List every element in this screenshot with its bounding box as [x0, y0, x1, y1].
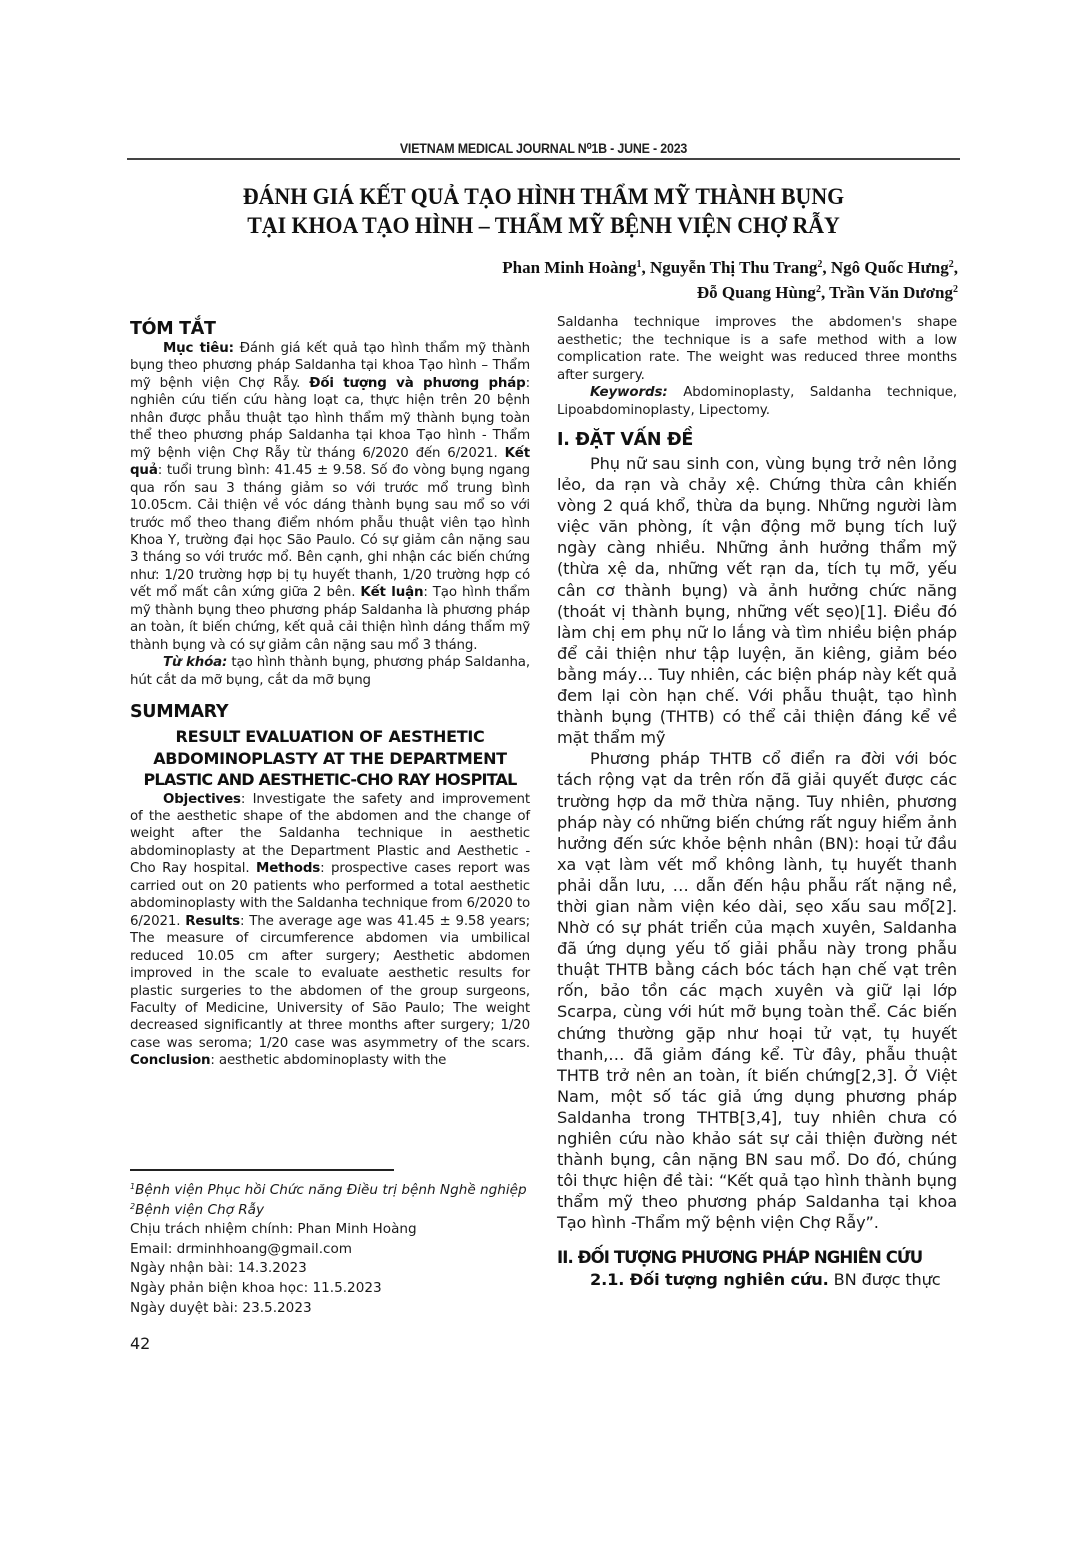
objective-label: Mục tiêu: — [163, 341, 234, 356]
objectives-label: Objectives — [163, 792, 241, 807]
conclusion-en-text: : aesthetic abdominoplasty with the — [210, 1053, 446, 1068]
section-2-heading: II. ĐỐI TƯỢNG PHƯƠNG PHÁP NGHIÊN CỨU — [557, 1247, 957, 1269]
results-en-label: Results — [185, 914, 240, 929]
author-separator: , — [954, 258, 958, 277]
summary-title-line: RESULT EVALUATION OF AESTHETIC — [130, 726, 530, 748]
methods-label: Đối tượng và phương pháp — [309, 376, 525, 391]
author-separator: , — [822, 258, 831, 277]
subsection-label: 2.1. Đối tượng nghiên cứu. — [590, 1270, 829, 1289]
abstract-vi-heading: TÓM TẮT — [130, 318, 530, 340]
corresponding-author: Chịu trách nhiệm chính: Phan Minh Hoàng — [130, 1220, 530, 1240]
section-2-1: 2.1. Đối tượng nghiên cứu. BN được thực — [557, 1269, 957, 1290]
summary-heading: SUMMARY — [130, 701, 530, 723]
subsection-text: BN được thực — [829, 1270, 941, 1289]
keywords-en-label: Keywords: — [590, 385, 668, 400]
keywords-en: Keywords: Abdominoplasty, Saldanha techn… — [557, 384, 957, 419]
journal-page: VIETNAM MEDICAL JOURNAL N⁰1B - JUNE - 20… — [0, 0, 1090, 1541]
keywords-vi-label: Từ khóa: — [163, 655, 227, 670]
footnote-rule — [130, 1169, 394, 1171]
footnotes: 1Bệnh viện Phục hồi Chức năng Điều trị b… — [130, 1181, 530, 1318]
abstract-en-continued: Saldanha technique improves the abdomen'… — [557, 314, 957, 384]
date-accepted: Ngày duyệt bài: 23.5.2023 — [130, 1299, 530, 1319]
author-line-1: Phan Minh Hoàng1, Nguyễn Thị Thu Trang2,… — [502, 255, 958, 280]
author-name: Trần Văn Dương — [829, 283, 953, 302]
page-number: 42 — [130, 1334, 150, 1353]
header-rule — [127, 158, 960, 160]
left-column: TÓM TẮT Mục tiêu: Đánh giá kết quả tạo h… — [130, 318, 530, 1070]
date-reviewed: Ngày phản biện khoa học: 11.5.2023 — [130, 1279, 530, 1299]
article-title: ĐÁNH GIÁ KẾT QUẢ TẠO HÌNH THẨM MỸ THÀNH … — [156, 183, 931, 241]
abstract-en-body: Objectives: Investigate the safety and i… — [130, 791, 530, 1070]
abstract-vi-body: Mục tiêu: Đánh giá kết quả tạo hình thẩm… — [130, 340, 530, 654]
section-1-paragraph-2: Phương pháp THTB cổ điển ra đời với bóc … — [557, 748, 957, 1233]
author-line-2: Đỗ Quang Hùng2, Trần Văn Dương2 — [502, 280, 958, 305]
affiliation-text: Bệnh viện Phục hồi Chức năng Điều trị bệ… — [135, 1182, 527, 1198]
author-separator: , — [821, 283, 829, 302]
methods-en-label: Methods — [256, 861, 320, 876]
author-separator: , — [641, 258, 650, 277]
summary-title-line: PLASTIC AND AESTHETIC-CHO RAY HOSPITAL — [130, 769, 530, 791]
affiliation-text: Bệnh viện Chợ Rẫy — [135, 1202, 264, 1218]
author-list: Phan Minh Hoàng1, Nguyễn Thị Thu Trang2,… — [502, 255, 958, 305]
affiliation-mark: 2 — [953, 284, 958, 295]
author-name: Phan Minh Hoàng — [502, 258, 636, 277]
affiliation-2: 2Bệnh viện Chợ Rẫy — [130, 1201, 530, 1221]
author-name: Đỗ Quang Hùng — [697, 283, 816, 302]
section-1-paragraph-1: Phụ nữ sau sinh con, vùng bụng trở nên l… — [557, 453, 957, 748]
affiliation-1: 1Bệnh viện Phục hồi Chức năng Điều trị b… — [130, 1181, 530, 1201]
right-column: Saldanha technique improves the abdomen'… — [557, 314, 957, 1291]
date-received: Ngày nhận bài: 14.3.2023 — [130, 1259, 530, 1279]
email: Email: drminhhoang@gmail.com — [130, 1240, 530, 1260]
section-1-heading: I. ĐẶT VẤN ĐỀ — [557, 429, 957, 451]
results-text: : tuổi trung bình: 41.45 ± 9.58. Số đo v… — [130, 463, 530, 600]
results-en-text: : The average age was 41.45 ± 9.58 years… — [130, 914, 530, 1051]
title-line-2: TẠI KHOA TẠO HÌNH – THẨM MỸ BỆNH VIỆN CH… — [156, 212, 931, 241]
author-name: Nguyễn Thị Thu Trang — [650, 258, 817, 277]
title-line-1: ĐÁNH GIÁ KẾT QUẢ TẠO HÌNH THẨM MỸ THÀNH … — [156, 183, 931, 212]
running-header: VIETNAM MEDICAL JOURNAL N⁰1B - JUNE - 20… — [160, 141, 926, 157]
summary-title: RESULT EVALUATION OF AESTHETIC ABDOMINOP… — [130, 726, 530, 791]
keywords-vi: Từ khóa: tạo hình thành bụng, phương phá… — [130, 654, 530, 689]
conclusion-label: Kết luận — [360, 585, 423, 600]
conclusion-en-label: Conclusion — [130, 1053, 210, 1068]
summary-title-line: ABDOMINOPLASTY AT THE DEPARTMENT — [130, 748, 530, 770]
author-name: Ngô Quốc Hưng — [831, 258, 949, 277]
